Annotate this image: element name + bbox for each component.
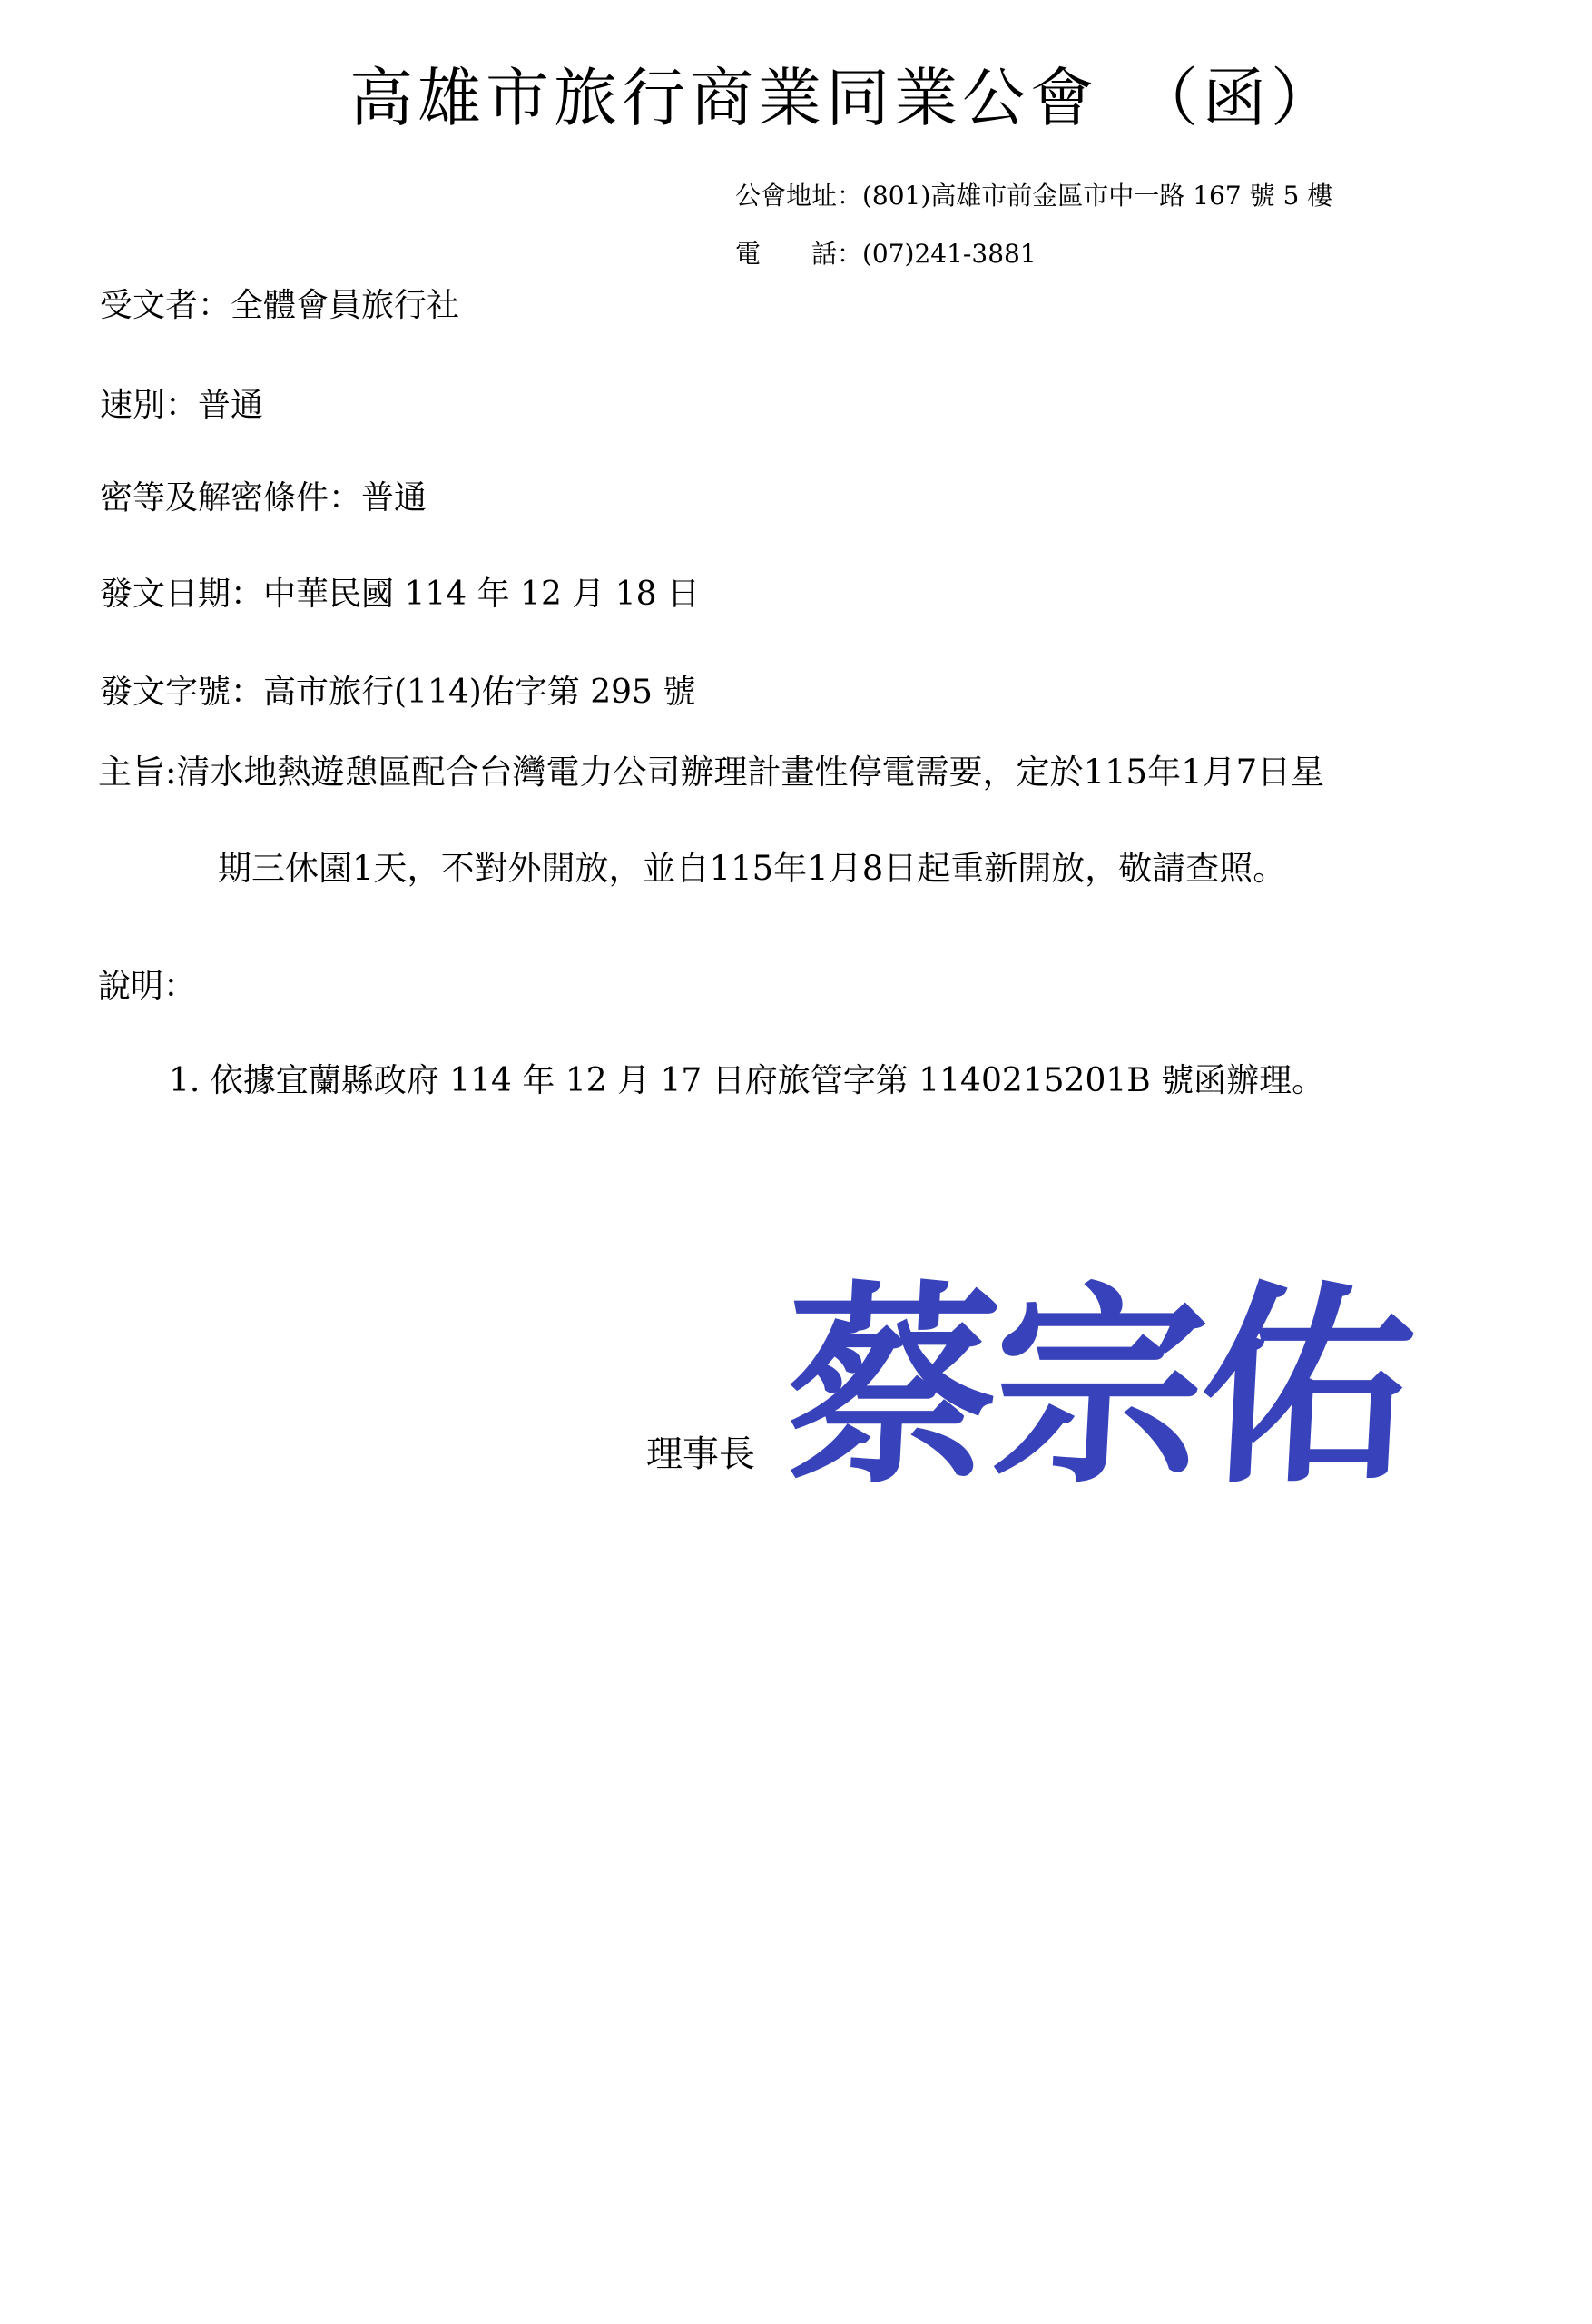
speed-level-line: 速別：普通 (100, 379, 263, 426)
association-address: 公會地址：(801)高雄市前金區市中一路 167 號 5 樓 (735, 178, 1332, 214)
explanation-heading: 說明： (98, 960, 196, 1007)
subject-line-1: 主旨:清水地熱遊憩區配合台灣電力公司辦理計畫性停電需要，定於115年1月7日星 (98, 744, 1324, 793)
chairman-signature: 蔡宗佑 (779, 1260, 1416, 1514)
recipient-line: 受文者：全體會員旅行社 (100, 280, 459, 326)
security-classification-line: 密等及解密條件：普通 (100, 472, 427, 518)
issue-date-line: 發文日期：中華民國 114 年 12 月 18 日 (100, 568, 700, 615)
document-title: 高雄市旅行商業同業公會 （函） (349, 47, 1339, 139)
association-contact-block: 公會地址：(801)高雄市前金區市中一路 167 號 5 樓 電 話：(07)2… (735, 178, 1332, 294)
subject-line-2: 期三休園1天，不對外開放，並自115年1月8日起重新開放，敬請查照。 (218, 841, 1286, 890)
official-letter-page: 高雄市旅行商業同業公會 （函） 公會地址：(801)高雄市前金區市中一路 167… (0, 0, 1592, 2324)
signature-role-label: 理事長 (646, 1425, 755, 1477)
association-phone: 電 話：(07)241-3881 (735, 236, 1332, 272)
explanation-item-1: 1. 依據宜蘭縣政府 114 年 12 月 17 日府旅管字第 11402152… (169, 1055, 1324, 1101)
document-number-line: 發文字號：高市旅行(114)佑字第 295 號 (100, 666, 695, 713)
